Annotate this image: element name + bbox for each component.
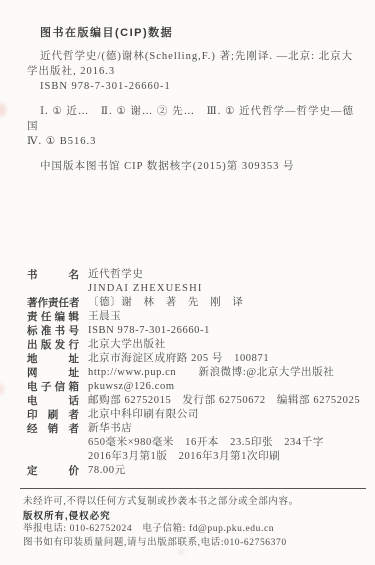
copyright-page: 图书在版编目(CIP)数据 近代哲学史/(德)谢林(Schelling,F.) … — [0, 0, 375, 550]
field-value-edition: 2016年3月第1版 2016年3月第1次印刷 — [88, 450, 280, 464]
field-label-website: 网址 — [27, 366, 79, 380]
cip-entry-line-1: 近代哲学史/(德)谢林(Schelling,F.) 著;先刚译. —北京: 北京… — [27, 49, 357, 64]
colophon-row-distributor: 经销者 新华书店 — [27, 422, 357, 436]
cip-entry-line-2: 学出版社, 2016.3 — [27, 64, 357, 79]
cip-class-line-2: Ⅳ. ① B516.3 — [27, 134, 357, 149]
field-label-price: 定价 — [27, 464, 79, 478]
field-value-editor: 王晨玉 — [88, 310, 121, 324]
field-label-publisher: 出版发行 — [27, 338, 79, 352]
field-value-authors: 〔德〕谢 林 著 先 刚 译 — [88, 296, 243, 310]
field-value-isbn: ISBN 978-7-301-26660-1 — [88, 324, 210, 338]
print-quality-line: 图书如有印装质量问题,请与出版部联系,电话:010-62756370 — [23, 537, 357, 551]
colophon-row-price: 定价 78.00元 — [27, 464, 357, 478]
field-label-distributor: 经销者 — [27, 422, 79, 436]
rights-statement: 版权所有,侵权必究 — [23, 510, 357, 524]
divider-rule — [20, 488, 366, 489]
field-value-title: 近代哲学史 — [88, 268, 144, 282]
field-label-isbn: 标准书号 — [27, 324, 79, 338]
colophon-row-email: 电子信箱 pkuwsz@126.com — [27, 380, 357, 394]
cip-class-line-1: Ⅰ. ① 近… Ⅱ. ① 谢… ② 先… Ⅲ. ① 近代哲学—哲学史—德国 — [27, 104, 357, 134]
colophon-row-authors: 著作责任者 〔德〕谢 林 著 先 刚 译 — [27, 296, 357, 310]
field-value-title-pinyin: JINDAI ZHEXUESHI — [88, 282, 357, 296]
cip-entry: 近代哲学史/(德)谢林(Schelling,F.) 著;先刚译. —北京: 北京… — [27, 49, 357, 94]
colophon-row-printer: 印刷者 北京中科印刷有限公司 — [27, 408, 357, 422]
colophon-row-editor: 责任编辑 王晨玉 — [27, 310, 357, 324]
cip-block: 图书在版编目(CIP)数据 近代哲学史/(德)谢林(Schelling,F.) … — [27, 26, 357, 174]
field-label-editor: 责任编辑 — [27, 310, 79, 324]
cip-record-line: 中国版本图书馆 CIP 数据核字(2015)第 309353 号 — [27, 159, 357, 174]
field-value-address: 北京市海淀区成府路 205 号 100871 — [88, 352, 269, 366]
field-value-email: pkuwsz@126.com — [88, 380, 175, 394]
field-value-website: http://www.pup.cn 新浪微博:@北京大学出版社 — [88, 366, 334, 380]
field-label-email: 电子信箱 — [27, 380, 79, 394]
report-contact-line: 举报电话: 010-62752024 电子信箱: fd@pup.pku.edu.… — [23, 523, 357, 537]
colophon-row-phone: 电话 邮购部 62752015 发行部 62750672 编辑部 6275202… — [27, 394, 357, 408]
field-label-address: 地址 — [27, 352, 79, 366]
field-value-publisher: 北京大学出版社 — [88, 338, 166, 352]
colophon-row-title: 书名 近代哲学史 — [27, 268, 357, 282]
cip-classification: Ⅰ. ① 近… Ⅱ. ① 谢… ② 先… Ⅲ. ① 近代哲学—哲学史—德国 Ⅳ.… — [27, 104, 357, 149]
colophon-row-format: 650毫米×980毫米 16开本 23.5印张 234千字 — [27, 436, 357, 450]
colophon-row-website: 网址 http://www.pup.cn 新浪微博:@北京大学出版社 — [27, 366, 357, 380]
field-label-phone: 电话 — [27, 394, 79, 408]
field-label-authors: 著作责任者 — [27, 296, 79, 310]
cip-isbn-line: ISBN 978-7-301-26660-1 — [27, 79, 357, 94]
colophon-table: 书名 近代哲学史 JINDAI ZHEXUESHI 著作责任者 〔德〕谢 林 著… — [27, 268, 357, 478]
copy-notice: 未经许可,不得以任何方式复制或抄袭本书之部分或全部内容。 — [23, 496, 357, 510]
colophon-row-edition: 2016年3月第1版 2016年3月第1次印刷 — [27, 450, 357, 464]
field-value-price: 78.00元 — [88, 464, 126, 478]
colophon-row-publisher: 出版发行 北京大学出版社 — [27, 338, 357, 352]
field-label-printer: 印刷者 — [27, 408, 79, 422]
cip-heading: 图书在版编目(CIP)数据 — [27, 26, 357, 41]
colophon-row-isbn: 标准书号 ISBN 978-7-301-26660-1 — [27, 324, 357, 338]
field-value-printer: 北京中科印刷有限公司 — [88, 408, 199, 422]
field-value-distributor: 新华书店 — [88, 422, 132, 436]
field-value-format: 650毫米×980毫米 16开本 23.5印张 234千字 — [88, 436, 324, 450]
footer-block: 未经许可,不得以任何方式复制或抄袭本书之部分或全部内容。 版权所有,侵权必究 举… — [23, 496, 357, 550]
field-label-title: 书名 — [27, 268, 79, 282]
field-value-phone: 邮购部 62752015 发行部 62750672 编辑部 62752025 — [88, 394, 360, 408]
colophon-row-address: 地址 北京市海淀区成府路 205 号 100871 — [27, 352, 357, 366]
